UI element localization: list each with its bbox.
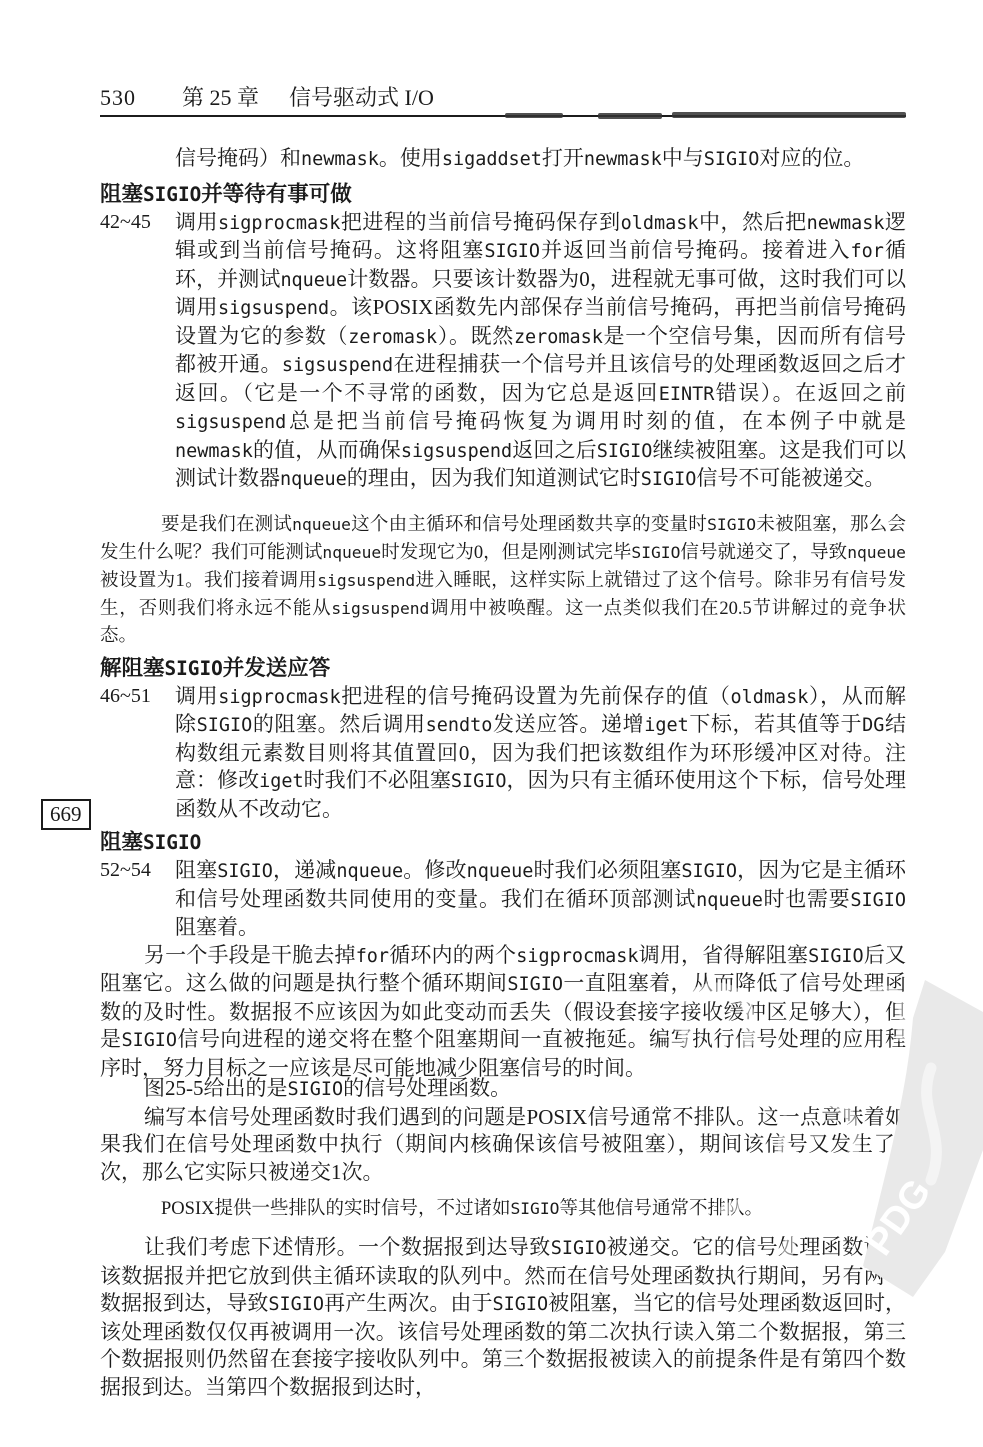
chapter-number: 第 25 章 <box>182 85 259 110</box>
code-identifier: sigaddset <box>442 149 542 170</box>
code-identifier: nqueue <box>280 469 347 490</box>
code-identifier: sigsuspend <box>282 355 393 376</box>
code-identifier: nqueue <box>336 861 403 882</box>
numbered-paragraph-42-45: 42~45 调用sigprocmask把进程的当前信号掩码保存到oldmask中… <box>100 209 906 494</box>
code-identifier: nqueue <box>467 861 534 882</box>
code-identifier: newmask <box>584 149 662 170</box>
code-identifier: iget <box>644 715 688 736</box>
code-identifier: sigsuspend <box>331 599 429 618</box>
code-identifier: iget <box>259 771 303 792</box>
code-identifier: sigsuspend <box>218 298 329 319</box>
code-identifier: SIGIO <box>197 715 253 736</box>
section-heading-unblock-reply: 解阻塞SIGIO并发送应答 <box>100 654 906 683</box>
code-identifier: SIGIO <box>484 241 540 262</box>
line-range-label: 46~51 <box>100 683 175 824</box>
code-identifier: for <box>356 946 389 967</box>
scan-smudge <box>598 113 662 119</box>
code-identifier: nqueue <box>696 890 763 911</box>
code-identifier: SIGIO <box>641 469 697 490</box>
paragraph-scenario: 让我们考虑下述情形。一个数据报到达导致SIGIO被递交。它的信号处理函数读入该数… <box>100 1234 906 1401</box>
numbered-paragraph-52-54: 52~54 阻塞SIGIO，递减nqueue。修改nqueue时我们必须阻塞SI… <box>100 857 906 942</box>
chapter-title: 信号驱动式 I/O <box>289 85 434 110</box>
code-identifier: SIGIO <box>597 441 653 462</box>
book-page: 530第 25 章信号驱动式 I/O 669 信号掩码）和newmask。使用s… <box>0 0 983 1447</box>
text-column: 信号掩码）和newmask。使用sigaddset打开newmask中与SIGI… <box>100 145 906 1401</box>
code-identifier: sigsuspend <box>401 441 512 462</box>
page-number: 530 <box>100 85 136 110</box>
code-identifier: SIGIO <box>510 1199 559 1218</box>
line-range-label: 52~54 <box>100 857 175 942</box>
code-identifier: zeromask <box>514 327 603 348</box>
paragraph-figure-ref: 图25-5给出的是SIGIO的信号处理函数。 <box>100 1075 906 1104</box>
code-identifier: sendto <box>426 715 493 736</box>
line-range-label: 42~45 <box>100 209 175 494</box>
code-identifier: newmask <box>807 213 885 234</box>
code-identifier: SIGIO <box>121 1030 177 1051</box>
code-identifier: nqueue <box>847 543 906 562</box>
code-identifier: SIGIO <box>268 1294 324 1315</box>
paragraph-continuation: 信号掩码）和newmask。使用sigaddset打开newmask中与SIGI… <box>175 145 906 174</box>
code-identifier: nqueue <box>280 270 347 291</box>
code-identifier: SIGIO <box>631 543 680 562</box>
code-identifier: oldmask <box>621 213 699 234</box>
code-identifier: SIGIO <box>288 1079 344 1100</box>
running-head: 530第 25 章信号驱动式 I/O <box>100 86 906 110</box>
code-identifier: SIGIO <box>681 861 737 882</box>
code-identifier: for <box>851 241 884 262</box>
code-identifier: sigsuspend <box>175 412 286 433</box>
code-identifier: SIGIO <box>551 1238 607 1259</box>
code-identifier: SIGIO <box>704 149 760 170</box>
note-realtime-signals: POSIX提供一些排队的实时信号，不过诸如SIGIO等其他信号通常不排队。 <box>100 1195 906 1223</box>
code-identifier: oldmask <box>731 687 809 708</box>
code-identifier: SIGIO <box>451 771 507 792</box>
code-identifier: SIGIO <box>707 515 756 534</box>
code-identifier: newmask <box>301 149 379 170</box>
code-identifier: SIGIO <box>493 1294 549 1315</box>
section-heading-block-sigio: 阻塞SIGIO <box>100 828 906 857</box>
numbered-paragraph-46-51: 46~51 调用sigprocmask把进程的信号掩码设置为先前保存的值（old… <box>100 683 906 824</box>
code-identifier: newmask <box>175 441 253 462</box>
code-identifier: SIGIO <box>850 890 906 911</box>
code-identifier: DG <box>862 715 884 736</box>
paragraph-posix-queue: 编写本信号处理函数时我们遇到的问题是POSIX信号通常不排队。这一点意味着如果我… <box>100 1104 906 1187</box>
code-identifier: sigprocmask <box>516 946 638 967</box>
code-identifier: SIGIO <box>165 657 223 680</box>
paragraph-alternative: 另一个手段是干脆去掉for循环内的两个sigprocmask调用，省得解阻塞SI… <box>100 942 906 1083</box>
margin-page-badge: 669 <box>41 799 91 830</box>
paragraph-body: 阻塞SIGIO，递减nqueue。修改nqueue时我们必须阻塞SIGIO，因为… <box>175 857 906 942</box>
note-race-condition: 要是我们在测试nqueue这个由主循环和信号处理函数共享的变量时SIGIO未被阻… <box>100 511 906 650</box>
scan-smudge <box>672 112 906 118</box>
code-identifier: SIGIO <box>507 974 563 995</box>
code-identifier: nqueue <box>292 515 351 534</box>
code-identifier: SIGIO <box>143 831 201 854</box>
code-identifier: sigprocmask <box>218 213 340 234</box>
paragraph-body: 调用sigprocmask把进程的当前信号掩码保存到oldmask中，然后把ne… <box>175 209 906 494</box>
code-identifier: EINTR <box>659 384 715 405</box>
paragraph-body: 调用sigprocmask把进程的信号掩码设置为先前保存的值（oldmask），… <box>175 683 906 824</box>
code-identifier: sigsuspend <box>317 571 415 590</box>
scan-smudge <box>505 113 563 118</box>
code-identifier: SIGIO <box>217 861 273 882</box>
code-identifier: sigprocmask <box>218 687 340 708</box>
code-identifier: SIGIO <box>143 183 201 206</box>
code-identifier: SIGIO <box>808 946 864 967</box>
code-identifier: nqueue <box>322 543 381 562</box>
section-heading-block-and-wait: 阻塞SIGIO并等待有事可做 <box>100 180 906 209</box>
code-identifier: zeromask <box>348 327 437 348</box>
